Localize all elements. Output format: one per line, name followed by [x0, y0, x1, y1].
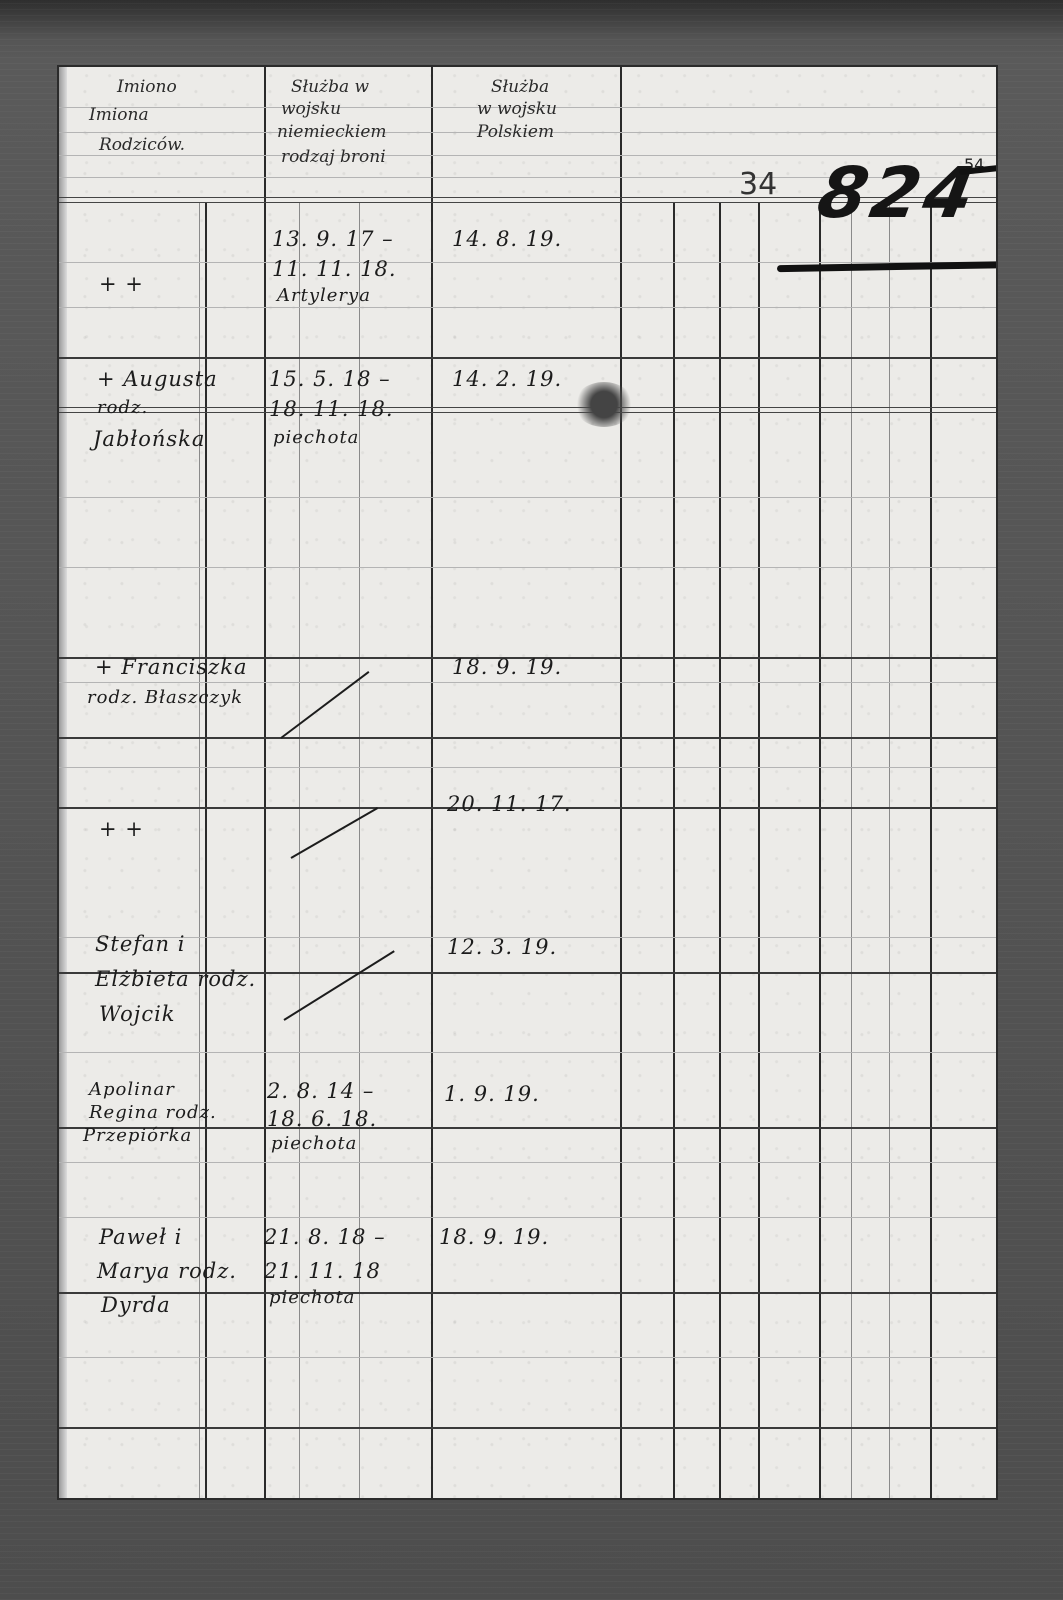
- entry-5-german-none-slash: [283, 950, 394, 1021]
- column-rule: [620, 67, 622, 1498]
- header-col1-line1: Imiono: [117, 77, 177, 97]
- entry-rule: [59, 1427, 996, 1429]
- header-col2-line1: Służba w: [291, 77, 369, 97]
- entry-6-german-from: 2. 8. 14 –: [267, 1079, 374, 1103]
- entry-rule: [59, 407, 996, 413]
- row-rule: [59, 1217, 996, 1218]
- entry-1-polish-service: 14. 8. 19.: [452, 227, 562, 251]
- header-col2-line2: wojsku: [281, 99, 341, 119]
- column-rule: [431, 67, 433, 1498]
- header-col2-line4: rodzaj broni: [281, 147, 386, 167]
- entry-5-polish-service: 12. 3. 19.: [447, 935, 557, 959]
- row-rule: [59, 1052, 996, 1053]
- header-col2-line3: niemieckiem: [277, 122, 387, 142]
- entry-2-parents-line1: + Augusta: [97, 367, 218, 391]
- ink-blot: [574, 382, 634, 427]
- entry-7-polish-service: 18. 9. 19.: [439, 1225, 549, 1249]
- entry-6-parents-line3: Przepiórka: [83, 1125, 192, 1146]
- entry-5-parents-line3: Wojcik: [99, 1002, 176, 1026]
- ledger-page: Imiono Imiona Rodziców. Służba w wojsku …: [57, 65, 998, 1500]
- entry-2-german-from: 15. 5. 18 –: [269, 367, 391, 391]
- catalog-number: 824: [812, 152, 985, 234]
- column-subrule: [199, 202, 200, 1498]
- entry-6-parents-line1: Apolinar: [89, 1079, 175, 1100]
- entry-3-polish-service: 18. 9. 19.: [452, 655, 562, 679]
- column-subrule: [851, 202, 852, 1498]
- entry-2-german-to: 18. 11. 18.: [269, 397, 394, 421]
- entry-7-parents-line1: Paweł i: [99, 1225, 182, 1249]
- row-rule: [59, 767, 996, 768]
- column-rule: [264, 67, 266, 1498]
- page-edge: [59, 67, 67, 1498]
- entry-rule: [59, 357, 996, 359]
- entry-rule: [59, 737, 996, 739]
- entry-6-german-to: 18. 6. 18.: [267, 1107, 377, 1131]
- entry-7-parents-line2: Marya rodz.: [97, 1259, 237, 1283]
- header-col3-line2: w wojsku: [477, 99, 557, 119]
- column-rule: [758, 202, 760, 1498]
- entry-4-polish-service: 20. 11. 17.: [447, 792, 572, 816]
- entry-rule: [59, 1292, 996, 1294]
- entry-5-parents-line2: Elżbieta rodz.: [95, 967, 256, 991]
- row-rule: [59, 567, 996, 568]
- row-rule: [59, 1357, 996, 1358]
- row-rule: [59, 1162, 996, 1163]
- column-subrule: [889, 202, 890, 1498]
- entry-4-parents: + +: [99, 817, 144, 841]
- row-rule: [59, 497, 996, 498]
- column-rule: [819, 202, 821, 1498]
- old-page-number: 34: [739, 167, 777, 202]
- entry-2-parents-line2: rodz.: [97, 397, 148, 418]
- entry-3-parents-line1: + Franciszka: [95, 655, 248, 679]
- entry-7-branch: piechota: [269, 1287, 355, 1308]
- entry-7-german-to: 21. 11. 18: [264, 1259, 381, 1283]
- entry-2-polish-service: 14. 2. 19.: [452, 367, 562, 391]
- entry-2-parents-line3: Jabłońska: [93, 427, 205, 451]
- header-col1-line2: Imiona: [89, 105, 149, 125]
- entry-7-german-from: 21. 8. 18 –: [264, 1225, 386, 1249]
- row-rule: [59, 307, 996, 308]
- header-col3-line1: Służba: [491, 77, 549, 97]
- column-rule: [673, 202, 675, 1498]
- column-rule: [930, 202, 932, 1498]
- header-col1-line3: Rodziców.: [99, 135, 185, 155]
- entry-rule: [59, 1127, 996, 1129]
- entry-1-branch: Artylerya: [277, 285, 371, 306]
- entry-2-branch: piechota: [273, 427, 359, 448]
- row-rule: [59, 682, 996, 683]
- entry-1-parents: + +: [99, 272, 144, 296]
- entry-7-parents-line3: Dyrda: [101, 1293, 171, 1317]
- entry-6-polish-service: 1. 9. 19.: [444, 1082, 540, 1106]
- entry-4-german-none-slash: [291, 807, 379, 859]
- entry-6-parents-line2: Regina rodz.: [89, 1102, 217, 1123]
- column-subrule: [205, 202, 207, 1498]
- entry-5-parents-line1: Stefan i: [95, 932, 185, 956]
- entry-6-branch: piechota: [271, 1133, 357, 1154]
- entry-1-german-to: 11. 11. 18.: [272, 257, 397, 281]
- header-col3-line3: Polskiem: [477, 122, 554, 142]
- entry-1-german-from: 13. 9. 17 –: [272, 227, 394, 251]
- entry-3-parents-line2: rodz. Błaszczyk: [87, 687, 243, 708]
- column-rule: [719, 202, 721, 1498]
